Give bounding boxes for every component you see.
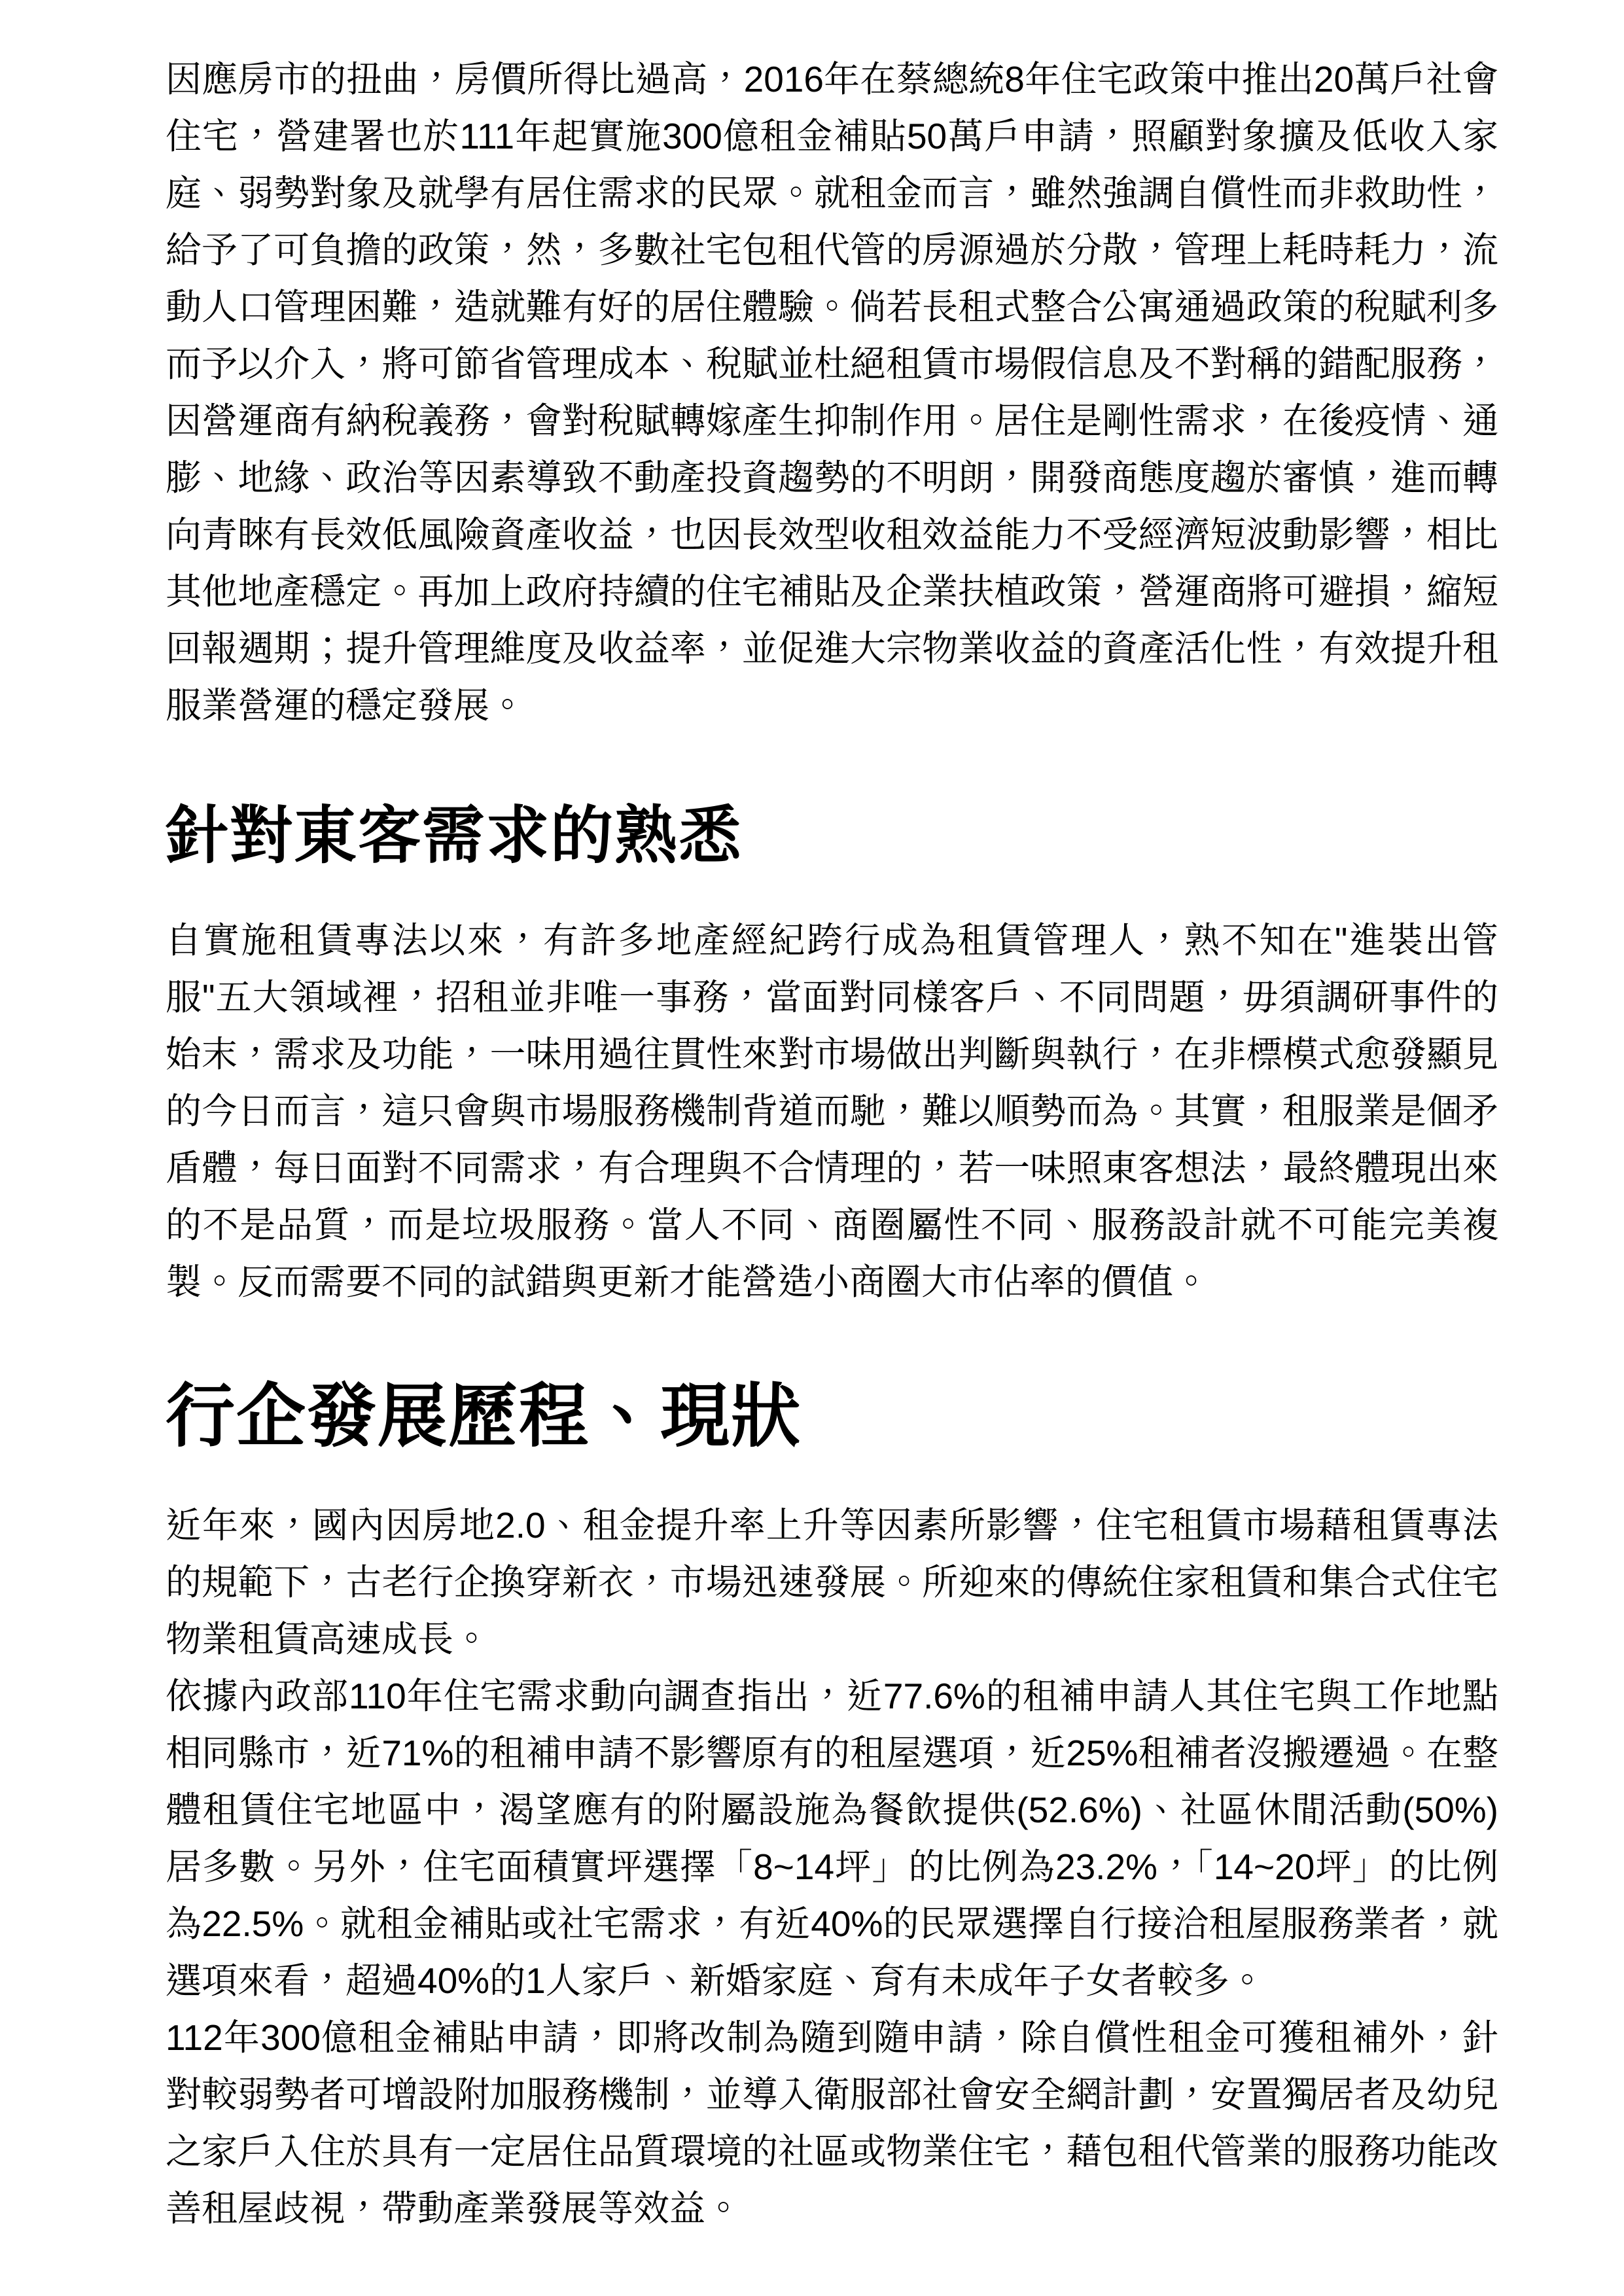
paragraph-rental-service-industry: 自實施租賃專法以來，有許多地產經紀跨行成為租賃管理人，熟不知在"進裝出管服"五大… <box>166 912 1498 1311</box>
paragraph-market-statistics: 近年來，國內因房地2.0、租金提升率上升等因素所影響，住宅租賃市場藉租賃專法的規… <box>166 1497 1498 2237</box>
heading-tenant-needs-familiarity: 針對東客需求的熟悉 <box>166 797 1498 875</box>
paragraph-housing-policy: 因應房市的扭曲，房價所得比過高，2016年在蔡總統8年住宅政策中推出20萬戶社會… <box>166 51 1498 734</box>
heading-industry-development-history: 行企發展歷程、現狀 <box>166 1373 1498 1460</box>
article: 因應房市的扭曲，房價所得比過高，2016年在蔡總統8年住宅政策中推出20萬戶社會… <box>0 0 1624 2237</box>
